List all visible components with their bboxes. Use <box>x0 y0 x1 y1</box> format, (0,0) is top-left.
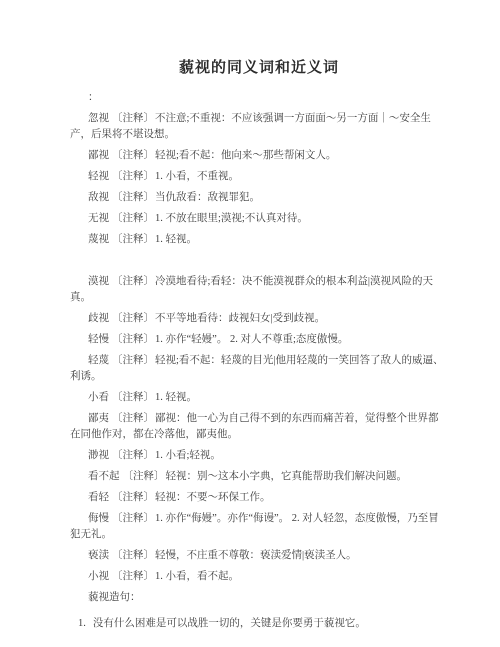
synonym-entry: 鄙夷〔注释〕鄙视：他一心为自己得不到的东西而痛苦着，觉得整个世界都在同他作对，都… <box>70 411 448 443</box>
synonym-entry: 敌视〔注释〕当仇敌看：敌视罪犯。 <box>70 190 448 206</box>
synonym-entry: 小视〔注释〕1. 小看，看不起。 <box>70 569 448 585</box>
entry-note-label: 〔注释〕 <box>112 334 154 345</box>
sentence-item: 1.没有什么困难是可以战胜一切的，关键是你要勇于藐视它。 <box>70 616 448 632</box>
synonym-entry: 轻蔑〔注释〕轻视;看不起：轻蔑的目光|他用轻蔑的一笑回答了敌人的威逼、利诱。 <box>70 353 448 385</box>
entry-term: 小看 <box>88 392 109 403</box>
entry-definition: 1. 轻视。 <box>155 234 197 245</box>
entry-note-label: 〔注释〕 <box>112 113 154 124</box>
entry-term: 轻蔑 <box>88 355 109 366</box>
synonym-entry: 忽视〔注释〕不注意;不重视：不应该强调一方面面～另一方面｜～安全生产，后果将不堪… <box>70 111 448 143</box>
entry-term: 轻慢 <box>88 334 109 345</box>
entry-definition: 轻慢，不庄重不尊敬：亵渎爱情|亵渎圣人。 <box>155 550 357 561</box>
synonym-entry: 小看〔注释〕1. 轻视。 <box>70 390 448 406</box>
entry-note-label: 〔注释〕 <box>112 171 154 182</box>
entry-note-label: 〔注释〕 <box>112 513 154 524</box>
entry-note-label: 〔注释〕 <box>112 413 154 424</box>
colon-line: ： <box>70 90 448 106</box>
synonym-entry: 轻慢〔注释〕1. 亦作“轻嫚”。 2. 对人不尊重;态度傲慢。 <box>70 332 448 348</box>
sentence-list: 1.没有什么困难是可以战胜一切的，关键是你要勇于藐视它。 <box>70 616 448 632</box>
entry-term: 歧视 <box>88 313 109 324</box>
entry-definition: 1. 小看，不重视。 <box>155 171 239 182</box>
entry-term: 蔑视 <box>88 234 109 245</box>
entry-note-label: 〔注释〕 <box>112 450 154 461</box>
entry-term: 小视 <box>88 571 109 582</box>
synonym-entry: 看轻〔注释〕轻视：不要～环保工作。 <box>70 490 448 506</box>
synonym-entry: 渺视〔注释〕1. 小看;轻视。 <box>70 448 448 464</box>
entry-note-label: 〔注释〕 <box>112 150 154 161</box>
entry-term: 忽视 <box>88 113 109 124</box>
entry-note-label: 〔注释〕 <box>112 313 154 324</box>
entry-term: 漠视 <box>88 276 109 287</box>
entry-note-label: 〔注释〕 <box>112 276 154 287</box>
entry-term: 鄙夷 <box>88 413 109 424</box>
entry-term: 轻视 <box>88 171 109 182</box>
entry-note-label: 〔注释〕 <box>112 392 154 403</box>
entry-term: 鄙视 <box>88 150 109 161</box>
entry-note-label: 〔注释〕 <box>112 492 154 503</box>
synonym-entry: 鄙视〔注释〕轻视;看不起：他向来～那些帮闲文人。 <box>70 148 448 164</box>
entry-term: 看轻 <box>88 492 109 503</box>
sentence-number: 1. <box>78 618 86 629</box>
document-page: 藐视的同义词和近义词 ： 忽视〔注释〕不注意;不重视：不应该强调一方面面～另一方… <box>0 0 500 647</box>
entry-note-label: 〔注释〕 <box>112 550 154 561</box>
synonym-entry: 侮慢〔注释〕1. 亦作“侮嫚”。亦作“侮谩”。 2. 对人轻忽，态度傲慢，乃至冒… <box>70 511 448 543</box>
entry-definition: 1. 轻视。 <box>155 392 197 403</box>
entry-note-label: 〔注释〕 <box>112 355 154 366</box>
entry-note-label: 〔注释〕 <box>112 234 154 245</box>
sentence-section-heading: 藐视造句： <box>70 590 448 606</box>
entry-note-label: 〔注释〕 <box>112 192 154 203</box>
synonym-entry: 歧视〔注释〕不平等地看待：歧视妇女|受到歧视。 <box>70 311 448 327</box>
entry-definition: 不平等地看待：歧视妇女|受到歧视。 <box>155 313 325 324</box>
entry-definition: 轻视：不要～环保工作。 <box>155 492 271 503</box>
entry-term: 看不起 <box>88 471 120 482</box>
synonym-entry: 轻视〔注释〕1. 小看，不重视。 <box>70 169 448 185</box>
entry-term: 亵渎 <box>88 550 109 561</box>
entry-note-label: 〔注释〕 <box>123 471 165 482</box>
entry-definition: 1. 小看，看不起。 <box>155 571 239 582</box>
page-title: 藐视的同义词和近义词 <box>70 58 448 78</box>
entry-definition: 1. 不放在眼里;漠视;不认真对待。 <box>155 213 308 224</box>
entry-note-label: 〔注释〕 <box>112 571 154 582</box>
entry-term: 敌视 <box>88 192 109 203</box>
entry-definition: 1. 亦作“轻嫚”。 2. 对人不尊重;态度傲慢。 <box>155 334 348 345</box>
synonym-entry: 亵渎〔注释〕轻慢，不庄重不尊敬：亵渎爱情|亵渎圣人。 <box>70 548 448 564</box>
synonym-entry: 蔑视〔注释〕1. 轻视。 <box>70 232 448 248</box>
entry-definition: 轻视：别～这本小字典，它真能帮助我们解决问题。 <box>166 471 408 482</box>
entry-note-label: 〔注释〕 <box>112 213 154 224</box>
entry-term: 无视 <box>88 213 109 224</box>
entry-term: 侮慢 <box>88 513 109 524</box>
sentence-text: 没有什么困难是可以战胜一切的，关键是你要勇于藐视它。 <box>93 618 366 629</box>
entry-definition: 1. 小看;轻视。 <box>155 450 221 461</box>
synonym-entry: 看不起〔注释〕轻视：别～这本小字典，它真能帮助我们解决问题。 <box>70 469 448 485</box>
synonym-entry: 漠视〔注释〕冷漠地看待;看轻：决不能漠视群众的根本利益|漠视风险的天真。 <box>70 274 448 306</box>
synonym-entry <box>70 253 448 269</box>
entry-definition: 当仇敌看：敌视罪犯。 <box>155 192 260 203</box>
entry-definition: 轻视;看不起：他向来～那些帮闲文人。 <box>155 150 336 161</box>
synonym-entry-list: 忽视〔注释〕不注意;不重视：不应该强调一方面面～另一方面｜～安全生产，后果将不堪… <box>70 111 448 585</box>
synonym-entry: 无视〔注释〕1. 不放在眼里;漠视;不认真对待。 <box>70 211 448 227</box>
entry-term: 渺视 <box>88 450 109 461</box>
